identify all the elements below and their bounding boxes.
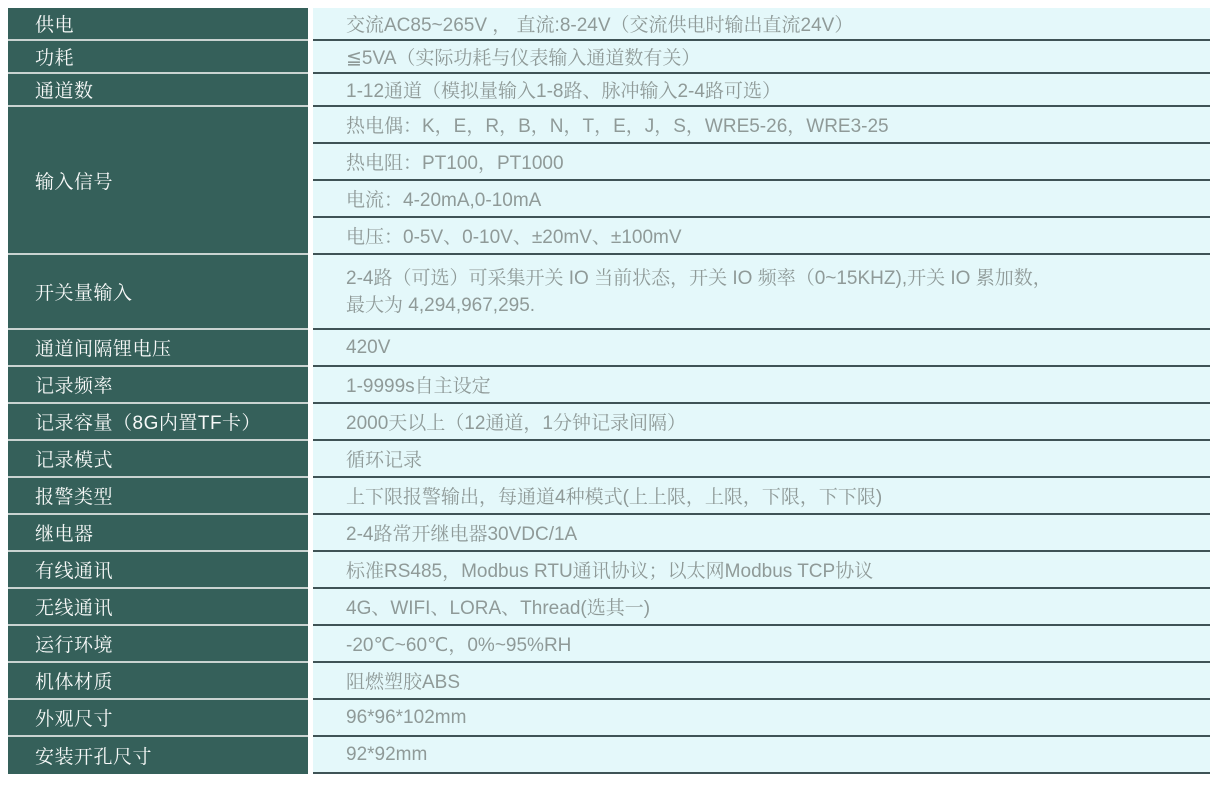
spec-row-record-mode: 记录模式 循环记录 [8,441,1210,478]
spec-table: 供电 交流AC85~265V ， 直流:8-24V（交流供电时输出直流24V） … [8,8,1210,774]
spec-label: 报警类型 [8,478,308,515]
spec-label: 输入信号 [8,107,308,255]
spec-value-text: 热电阻：PT100，PT1000 [346,148,564,175]
spec-value-text: 2000天以上（12通道，1分钟记录间隔） [346,408,686,435]
spec-value: 1-12通道（模拟量输入1-8路、脉冲输入2-4路可选） [313,74,1210,107]
spec-value: 96*96*102mm [313,700,1210,737]
spec-value-text: 420V [346,337,390,359]
spec-label-text: 功耗 [35,43,74,70]
spec-row-channel-count: 通道数 1-12通道（模拟量输入1-8路、脉冲输入2-4路可选） [8,74,1210,107]
spec-value: 交流AC85~265V ， 直流:8-24V（交流供电时输出直流24V） [313,8,1210,41]
spec-label: 运行环境 [8,626,308,663]
spec-label: 安装开孔尺寸 [8,737,308,774]
spec-value-current: 电流：4-20mA,0-10mA [313,181,1210,218]
spec-value-text: 交流AC85~265V ， 直流:8-24V（交流供电时输出直流24V） [346,10,853,37]
spec-value: 92*92mm [313,737,1210,774]
spec-label-text: 供电 [35,10,74,37]
spec-value: ≦5VA（实际功耗与仪表输入通道数有关） [313,41,1210,74]
spec-value-text: 热电偶：K，E，R，B，N，T，E，J，S，WRE5-26，WRE3-25 [346,111,889,138]
spec-row-wireless-comm: 无线通讯 4G、WIFI、LORA、Thread(选其一) [8,589,1210,626]
spec-label: 外观尺寸 [8,700,308,737]
spec-label-text: 有线通讯 [35,556,113,583]
spec-label-text: 通道数 [35,76,94,103]
spec-value-text: ≦5VA（实际功耗与仪表输入通道数有关） [346,43,700,70]
spec-value: -20℃~60℃，0%~95%RH [313,626,1210,663]
spec-value: 420V [313,330,1210,367]
spec-row-external-dimensions: 外观尺寸 96*96*102mm [8,700,1210,737]
spec-row-digital-input: 开关量输入 2-4路（可选）可采集开关 IO 当前状态，开关 IO 频率（0~1… [8,255,1210,330]
spec-value-text: 1-9999s自主设定 [346,371,491,398]
spec-row-relay: 继电器 2-4路常开继电器30VDC/1A [8,515,1210,552]
spec-label-text: 安装开孔尺寸 [35,742,152,769]
spec-label-text: 记录容量（8G内置TF卡） [35,408,261,435]
spec-label-text: 无线通讯 [35,593,113,620]
spec-row-record-capacity: 记录容量（8G内置TF卡） 2000天以上（12通道，1分钟记录间隔） [8,404,1210,441]
spec-row-operating-environment: 运行环境 -20℃~60℃，0%~95%RH [8,626,1210,663]
spec-value-text: 电流：4-20mA,0-10mA [346,185,541,212]
spec-label: 开关量输入 [8,255,308,330]
spec-value-text: 92*92mm [346,744,427,766]
spec-value-text: 阻燃塑胶ABS [346,667,460,694]
spec-value-line2: 最大为 4,294,967,295. [346,292,535,319]
spec-row-input-signal: 输入信号 热电偶：K，E，R，B，N，T，E，J，S，WRE5-26，WRE3-… [8,107,1210,255]
spec-row-body-material: 机体材质 阻燃塑胶ABS [8,663,1210,700]
spec-value-text: 标准RS485，Modbus RTU通讯协议；以太网Modbus TCP协议 [346,556,873,583]
spec-value: 循环记录 [313,441,1210,478]
spec-value-voltage: 电压：0-5V、0-10V、±20mV、±100mV [313,218,1210,255]
spec-value-text: 2-4路常开继电器30VDC/1A [346,519,577,546]
spec-label: 记录频率 [8,367,308,404]
spec-value: 2-4路常开继电器30VDC/1A [313,515,1210,552]
spec-label-text: 继电器 [35,519,94,546]
spec-label: 供电 [8,8,308,41]
spec-value: 标准RS485，Modbus RTU通讯协议；以太网Modbus TCP协议 [313,552,1210,589]
spec-value-text: 4G、WIFI、LORA、Thread(选其一) [346,593,650,620]
spec-value-text: 96*96*102mm [346,707,466,729]
spec-value-text: 循环记录 [346,445,422,472]
spec-value-text: 电压：0-5V、0-10V、±20mV、±100mV [346,222,682,249]
spec-label-text: 开关量输入 [35,278,133,305]
spec-label: 功耗 [8,41,308,74]
spec-label: 机体材质 [8,663,308,700]
spec-label-text: 运行环境 [35,630,113,657]
spec-value-group: 热电偶：K，E，R，B，N，T，E，J，S，WRE5-26，WRE3-25 热电… [313,107,1210,255]
spec-label-text: 输入信号 [35,167,113,194]
spec-value-rtd: 热电阻：PT100，PT1000 [313,144,1210,181]
spec-row-power-consumption: 功耗 ≦5VA（实际功耗与仪表输入通道数有关） [8,41,1210,74]
spec-value: 2000天以上（12通道，1分钟记录间隔） [313,404,1210,441]
spec-value-thermocouple: 热电偶：K，E，R，B，N，T，E，J，S，WRE5-26，WRE3-25 [313,107,1210,144]
spec-label-text: 机体材质 [35,667,113,694]
spec-label: 记录容量（8G内置TF卡） [8,404,308,441]
spec-value-line1: 2-4路（可选）可采集开关 IO 当前状态，开关 IO 频率（0~15KHZ),… [346,265,1052,292]
spec-value-text: 1-12通道（模拟量输入1-8路、脉冲输入2-4路可选） [346,76,781,103]
spec-value-text: -20℃~60℃，0%~95%RH [346,630,571,657]
spec-value: 1-9999s自主设定 [313,367,1210,404]
spec-value: 4G、WIFI、LORA、Thread(选其一) [313,589,1210,626]
spec-label: 继电器 [8,515,308,552]
spec-row-wired-comm: 有线通讯 标准RS485，Modbus RTU通讯协议；以太网Modbus TC… [8,552,1210,589]
spec-row-cutout-dimensions: 安装开孔尺寸 92*92mm [8,737,1210,774]
spec-value: 阻燃塑胶ABS [313,663,1210,700]
spec-label-text: 记录频率 [35,371,113,398]
spec-row-alarm-type: 报警类型 上下限报警输出，每通道4种模式(上上限，上限，下限，下下限) [8,478,1210,515]
spec-label: 记录模式 [8,441,308,478]
spec-label: 无线通讯 [8,589,308,626]
spec-value: 2-4路（可选）可采集开关 IO 当前状态，开关 IO 频率（0~15KHZ),… [313,255,1210,330]
spec-label-text: 记录模式 [35,445,113,472]
spec-row-isolation-voltage: 通道间隔锂电压 420V [8,330,1210,367]
spec-value-text: 上下限报警输出，每通道4种模式(上上限，上限，下限，下下限) [346,482,882,509]
spec-label: 通道间隔锂电压 [8,330,308,367]
spec-label-text: 外观尺寸 [35,704,113,731]
spec-row-record-frequency: 记录频率 1-9999s自主设定 [8,367,1210,404]
spec-label: 通道数 [8,74,308,107]
spec-label: 有线通讯 [8,552,308,589]
spec-row-power-supply: 供电 交流AC85~265V ， 直流:8-24V（交流供电时输出直流24V） [8,8,1210,41]
spec-label-text: 通道间隔锂电压 [35,334,172,361]
spec-value: 上下限报警输出，每通道4种模式(上上限，上限，下限，下下限) [313,478,1210,515]
spec-label-text: 报警类型 [35,482,113,509]
